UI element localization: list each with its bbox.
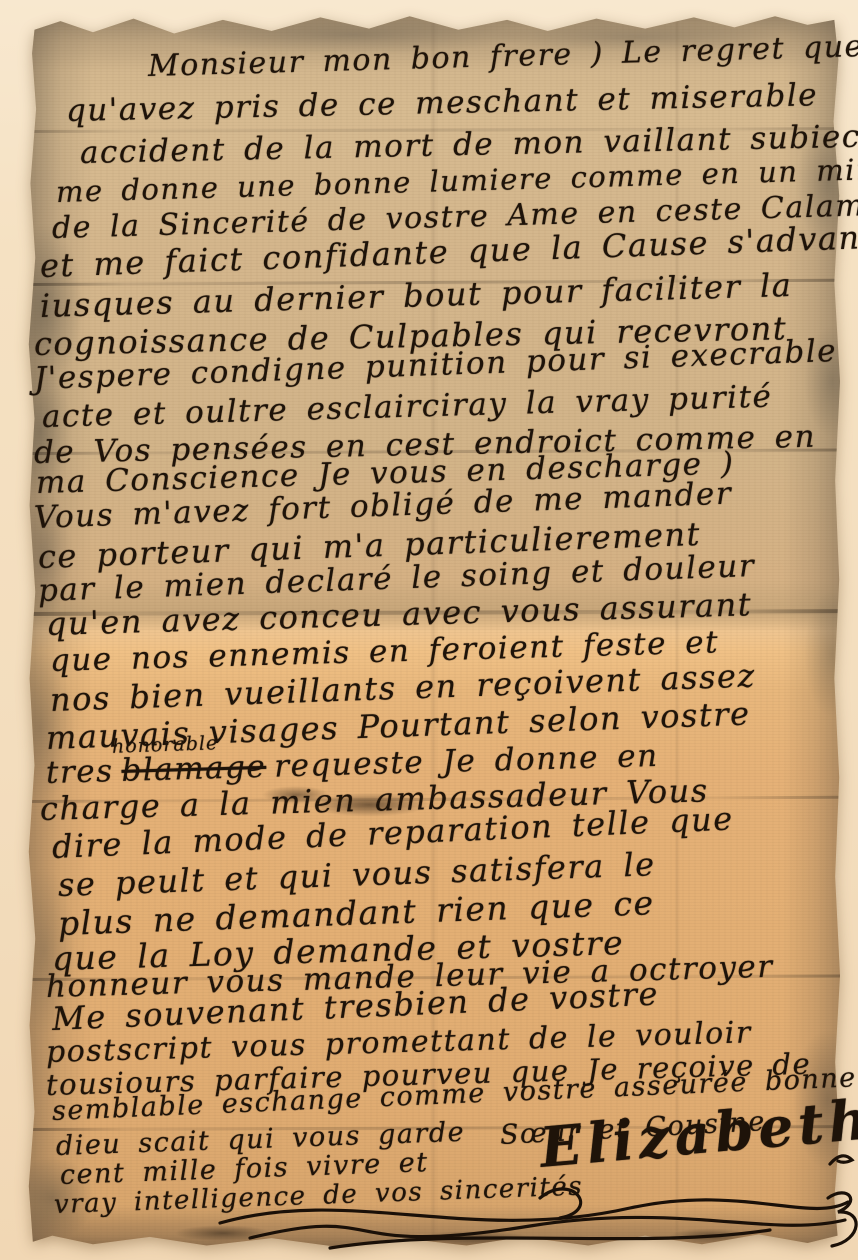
letter-text-layer: Monsieur mon bon frere ) Le regret que J…: [0, 0, 858, 1260]
photo-background: Monsieur mon bon frere ) Le regret que J…: [0, 0, 858, 1260]
text-line: qu'avez pris de ce meschant et miserable: [66, 80, 819, 127]
struck-word: blamage: [121, 749, 267, 789]
signature-flourish: [210, 1168, 855, 1256]
emendation-pre: tres: [45, 753, 114, 791]
regnal-mark-r: [822, 1150, 858, 1255]
text-line: Monsieur mon bon frere ) Le regret que J…: [148, 28, 858, 82]
